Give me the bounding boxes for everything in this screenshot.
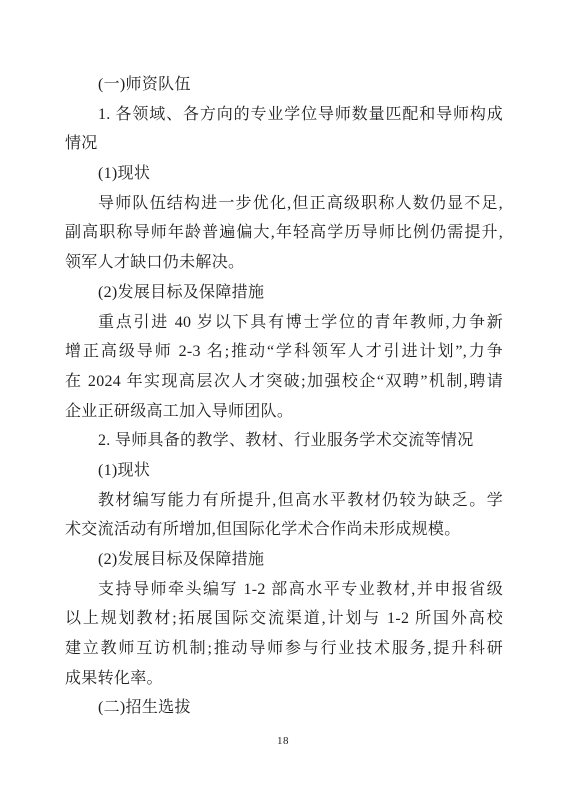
subsection-heading-goals: (2)发展目标及保障措施 <box>65 278 503 308</box>
subheading-item-2: 2. 导师具备的教学、教材、行业服务学术交流等情况 <box>65 426 503 456</box>
paragraph-line: 支持导师牵头编写 1-2 部高水平专业教材,并申报省级 <box>65 575 503 605</box>
document-page: (一)师资队伍 1. 各领域、各方向的专业学位导师数量匹配和导师构成 情况 (1… <box>0 0 566 800</box>
paragraph-line: 重点引进 40 岁以下具有博士学位的青年教师,力争新 <box>65 308 503 338</box>
subsection-heading-current-status: (1)现状 <box>65 456 503 486</box>
document-body: (一)师资队伍 1. 各领域、各方向的专业学位导师数量匹配和导师构成 情况 (1… <box>65 70 503 723</box>
paragraph-line: 教材编写能力有所提升,但高水平教材仍较为缺乏。学 <box>65 486 503 516</box>
subsection-heading-current-status: (1)现状 <box>65 159 503 189</box>
subsection-heading-goals: (2)发展目标及保障措施 <box>65 545 503 575</box>
paragraph-line: 以上规划教材;拓展国际交流渠道,计划与 1-2 所国外高校 <box>65 604 503 634</box>
subheading-item-1-continued: 情况 <box>65 129 503 159</box>
paragraph-line: 增正高级导师 2-3 名;推动“学科领军人才引进计划”,力争 <box>65 337 503 367</box>
paragraph-line: 副高职称导师年龄普遍偏大,年轻高学历导师比例仍需提升, <box>65 218 503 248</box>
subheading-item-1: 1. 各领域、各方向的专业学位导师数量匹配和导师构成 <box>65 100 503 130</box>
paragraph-line: 成果转化率。 <box>65 664 503 694</box>
section-heading-2: (二)招生选拔 <box>65 693 503 723</box>
paragraph-line: 企业正研级高工加入导师团队。 <box>65 397 503 427</box>
paragraph-line: 建立教师互访机制;推动导师参与行业技术服务,提升科研 <box>65 634 503 664</box>
paragraph-line: 术交流活动有所增加,但国际化学术合作尚未形成规模。 <box>65 515 503 545</box>
paragraph-line: 导师队伍结构进一步优化,但正高级职称人数仍显不足, <box>65 189 503 219</box>
paragraph-line: 领军人才缺口仍未解决。 <box>65 248 503 278</box>
section-heading-1: (一)师资队伍 <box>65 70 503 100</box>
page-number: 18 <box>0 733 566 749</box>
paragraph-line: 在 2024 年实现高层次人才突破;加强校企“双聘”机制,聘请 <box>65 367 503 397</box>
